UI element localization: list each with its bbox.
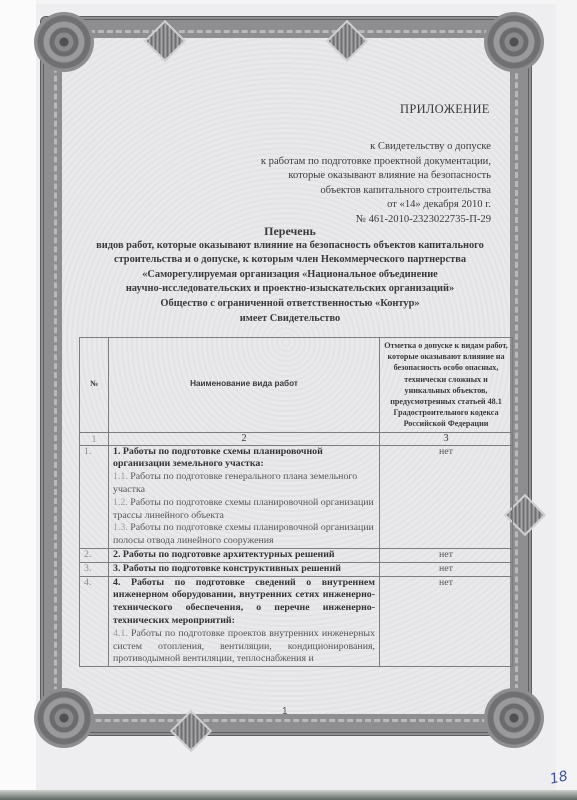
row-number: 3. (80, 562, 109, 576)
column-index: 1 (80, 432, 109, 445)
subitem-number: 4.1. (113, 628, 128, 639)
subitem-text: Работы по подготовке схемы планировочной… (113, 522, 374, 546)
heading-line: «Саморегулируемая организация «Националь… (70, 268, 510, 283)
column-index: 3 (380, 432, 513, 445)
table-row: 1. 1. Работы по подготовке схемы планиро… (80, 445, 513, 548)
handwritten-sheet-number: 18 (549, 768, 570, 787)
page-number: 1 (282, 706, 288, 717)
appendix-title: ПРИЛОЖЕНИЕ (400, 102, 490, 117)
table-row: 4. 4. Работы по подготовке сведений о вн… (80, 576, 513, 667)
scan-edge (0, 790, 577, 800)
subitem-number: 1.3. (113, 522, 128, 533)
admission-mark: нет (380, 445, 513, 548)
work-title: 4. Работы по подготовке сведений о внутр… (113, 577, 375, 628)
certificate-ref-line: объектов капитального строительства (261, 184, 491, 199)
subitem-text: Работы по подготовке генерального плана … (113, 471, 357, 495)
certificate-ref-line: которые оказывают влияние на безопасност… (261, 169, 491, 184)
subitem-number: 1.1. (113, 471, 128, 482)
heading-title: Перечень (70, 224, 510, 239)
document-content: ПРИЛОЖЕНИЕ к Свидетельству о допуске к р… (0, 0, 577, 800)
certificate-reference: к Свидетельству о допуске к работам по п… (261, 140, 491, 228)
certificate-ref-line: к работам по подготовке проектной докуме… (261, 155, 491, 170)
list-heading: Перечень видов работ, которые оказывают … (70, 224, 510, 326)
admission-mark: нет (380, 562, 513, 576)
work-title: 3. Работы по подготовке конструктивных р… (109, 562, 380, 576)
work-subitem: 4.1. Работы по подготовке проектов внутр… (113, 628, 375, 666)
table-row: 3. 3. Работы по подготовке конструктивны… (80, 562, 513, 576)
subitem-text: Работы по подготовке схемы планировочной… (113, 497, 374, 521)
work-title: 1. Работы по подготовке схемы планировоч… (113, 446, 375, 472)
admission-mark: нет (380, 576, 513, 667)
subitem-text: Работы по подготовке проектов внутренних… (113, 628, 375, 665)
header-work-name: Наименование вида работ (109, 338, 380, 433)
header-num: № (80, 338, 109, 433)
heading-line: видов работ, которые оказывают влияние н… (70, 239, 510, 254)
work-subitem: 1.1. Работы по подготовке генерального п… (113, 471, 375, 497)
heading-line: научно-исследовательских и проектно-изыс… (70, 282, 510, 297)
work-cell: 1. Работы по подготовке схемы планировоч… (109, 445, 380, 548)
certificate-ref-line: к Свидетельству о допуске (261, 140, 491, 155)
works-table: № Наименование вида работ Отметка о допу… (79, 337, 513, 667)
header-admission-mark: Отметка о допуске к видам работ, которые… (380, 338, 513, 433)
heading-line: строительства и о допуске, к которым чле… (70, 253, 510, 268)
admission-mark: нет (380, 549, 513, 563)
subitem-number: 1.2. (113, 497, 128, 508)
work-subitem: 1.3. Работы по подготовке схемы планиров… (113, 522, 375, 548)
work-title: 2. Работы по подготовке архитектурных ре… (109, 549, 380, 563)
work-cell: 4. Работы по подготовке сведений о внутр… (109, 576, 380, 667)
column-index-row: 1 2 3 (80, 432, 513, 445)
row-number: 1. (80, 445, 109, 548)
certificate-date: от «14» декабря 2010 г. (261, 198, 491, 213)
table-row: 2. 2. Работы по подготовке архитектурных… (80, 549, 513, 563)
column-index: 2 (109, 432, 380, 445)
row-number: 4. (80, 576, 109, 667)
company-name: Общество с ограниченной ответственностью… (70, 297, 510, 312)
row-number: 2. (80, 549, 109, 563)
heading-line: имеет Свидетельство (70, 312, 510, 327)
table-header-row: № Наименование вида работ Отметка о допу… (80, 338, 513, 433)
work-subitem: 1.2. Работы по подготовке схемы планиров… (113, 497, 375, 523)
